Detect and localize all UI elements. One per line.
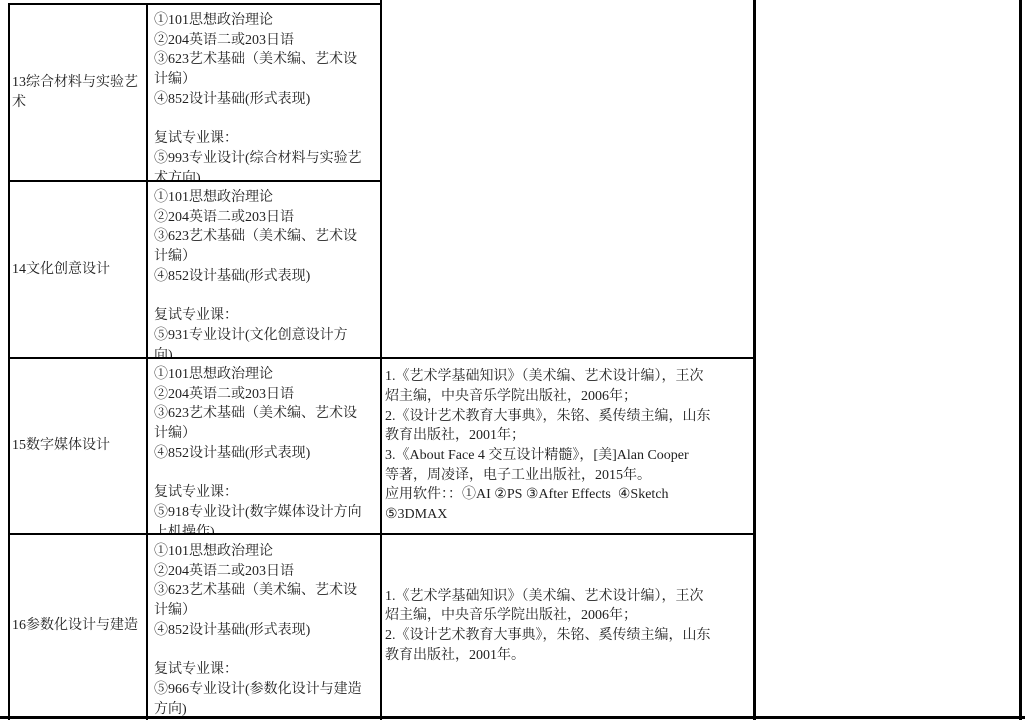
grid-line-col3-col4 <box>753 0 756 720</box>
grid-line-col1-col2 <box>146 3 148 720</box>
program-name-4: 16参数化设计与建造 <box>12 616 145 636</box>
grid-line-bottom-border <box>0 716 1025 719</box>
references-cell-4: 1.《艺术学基础知识》（美术编、艺术设计编），王次 炤主编，中央音乐学院出版社，… <box>384 536 752 716</box>
references-text-4: 1.《艺术学基础知识》（美术编、艺术设计编），王次 炤主编，中央音乐学院出版社，… <box>385 587 751 666</box>
subjects-cell-4: ①101思想政治理论 ②204英语二或203日语 ③623艺术基础（美术编、艺术… <box>152 536 378 716</box>
program-cell-4: 16参数化设计与建造 <box>10 536 146 716</box>
grid-line-right-border <box>1019 0 1022 720</box>
program-name-2: 14文化创意设计 <box>12 260 145 280</box>
program-cell-2: 14文化创意设计 <box>10 182 146 357</box>
references-cell-empty-top <box>384 1 752 357</box>
grid-line-col2-col3 <box>380 0 382 720</box>
program-name-1: 13综合材料与实验艺术 <box>12 73 145 112</box>
document-page: 13综合材料与实验艺术 ①101思想政治理论 ②204英语二或203日语 ③62… <box>0 0 1025 725</box>
notes-cell-empty <box>757 1 1019 716</box>
program-cell-1: 13综合材料与实验艺术 <box>10 5 146 180</box>
grid-line-row3-row4 <box>8 533 756 535</box>
references-cell-3: 1.《艺术学基础知识》（美术编、艺术设计编），王次 炤主编，中央音乐学院出版社，… <box>384 359 752 533</box>
program-name-3: 15数字媒体设计 <box>12 436 145 456</box>
subjects-cell-3: ①101思想政治理论 ②204英语二或203日语 ③623艺术基础（美术编、艺术… <box>152 359 378 533</box>
program-cell-3: 15数字媒体设计 <box>10 359 146 533</box>
subjects-cell-2: ①101思想政治理论 ②204英语二或203日语 ③623艺术基础（美术编、艺术… <box>152 182 378 357</box>
references-text-3: 1.《艺术学基础知识》（美术编、艺术设计编），王次 炤主编，中央音乐学院出版社，… <box>385 367 751 525</box>
subjects-cell-1: ①101思想政治理论 ②204英语二或203日语 ③623艺术基础（美术编、艺术… <box>152 5 378 180</box>
